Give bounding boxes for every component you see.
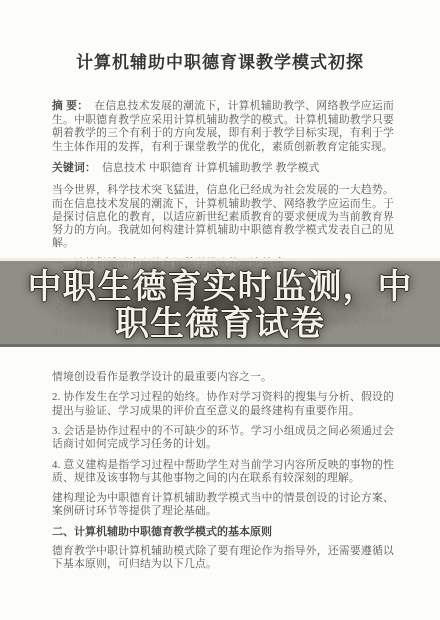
page-title: 计算机辅助中职德育课教学模式初探 [0,0,440,76]
intro-paragraph: 当今世界，科学技术突飞猛进，信息化已经成为社会发展的一大趋势。而在信息技术发展的… [52,184,394,250]
overlay-caption-line-2: 职生德育试卷 [115,306,325,343]
abstract-text: 在信息技术发展的潮流下，计算机辅助教学、网络教学应运而生。中职德育教学应采用计算… [52,100,394,153]
overlay-caption-line-1: 中职生德育实时监测，中 [28,269,413,306]
keywords-line: 关键词：信息技术 中职德育 计算机辅助教学 教学模式 [52,162,394,175]
document-page: 计算机辅助中职德育课教学模式初探 摘 要：在信息技术发展的潮流下，计算机辅助教学… [0,0,440,620]
section2-heading: 二、计算机辅助中职德育教学模式的基本原则 [52,526,394,539]
abstract-label: 摘 要： [52,100,88,112]
body-paragraph: 建构理论为中职德育计算机辅助教学模式当中的情景创设的讨论方案、案例研讨环节等提供… [52,492,394,519]
closing-paragraph: 德育教学中职计算机辅助模式除了要有理论作为指导外，还需要遵循以下基本原则，可归结… [52,545,394,572]
body-paragraph: 2. 协作发生在学习过程的始终。协作对学习资料的搜集与分析、假设的提出与验证、学… [52,391,394,418]
keywords-text: 信息技术 中职德育 计算机辅助教学 教学模式 [102,162,320,174]
abstract-paragraph: 摘 要：在信息技术发展的潮流下，计算机辅助教学、网络教学应运而生。中职德育教学应… [52,100,394,154]
overlay-band: 中职生德育实时监测，中 职生德育试卷 [0,258,440,347]
body-paragraph: 3. 会话是协作过程中的不可缺少的环节。学习小组成员之间必须通过会话商讨如何完成… [52,425,394,452]
keywords-label: 关键词： [52,162,96,174]
body-paragraph: 情境创设看作是教学设计的最重要内容之一。 [52,371,394,384]
body-paragraph: 4. 意义建构是指学习过程中帮助学生对当前学习内容所反映的事物的性质、规律及该事… [52,459,394,486]
